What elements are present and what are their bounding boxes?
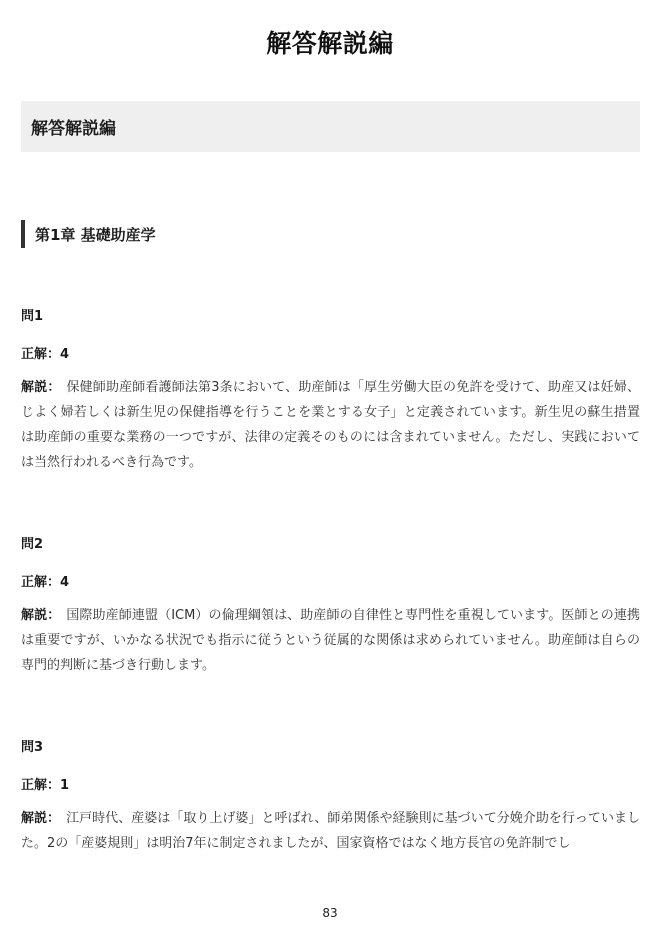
explanation-text: 保健師助産師看護師法第3条において、助産師は「厚生労働大臣の免許を受けて、助産又… bbox=[21, 380, 640, 470]
explanation-label: 解説： bbox=[21, 380, 60, 395]
question-label: 問1 bbox=[21, 307, 640, 327]
explanation: 解説：江戸時代、産婆は「取り上げ婆」と呼ばれ、師弟関係や経験則に基づいて分娩介助… bbox=[21, 806, 640, 856]
question-label: 問2 bbox=[21, 535, 640, 555]
correct-answer: 正解：4 bbox=[21, 573, 640, 593]
question-label: 問3 bbox=[21, 738, 640, 758]
explanation-text: 江戸時代、産婆は「取り上げ婆」と呼ばれ、師弟関係や経験則に基づいて分娩介助を行っ… bbox=[21, 811, 640, 851]
explanation: 解説：国際助産師連盟（ICM）の倫理綱領は、助産師の自律性と専門性を重視していま… bbox=[21, 603, 640, 678]
correct-answer: 正解：1 bbox=[21, 776, 640, 796]
explanation: 解説：保健師助産師看護師法第3条において、助産師は「厚生労働大臣の免許を受けて、… bbox=[21, 375, 640, 475]
page-number: 83 bbox=[0, 906, 660, 920]
explanation-label: 解説： bbox=[21, 608, 60, 623]
section-header-box: 解答解説編 bbox=[21, 101, 640, 152]
correct-answer: 正解：4 bbox=[21, 345, 640, 365]
section-title: 解答解説編 bbox=[31, 114, 116, 139]
chapter-heading: 第1章 基礎助産学 bbox=[21, 220, 156, 248]
question-block-1: 問1 正解：4 解説：保健師助産師看護師法第3条において、助産師は「厚生労働大臣… bbox=[21, 307, 640, 475]
page-title: 解答解説編 bbox=[0, 24, 660, 60]
explanation-label: 解説： bbox=[21, 811, 60, 826]
question-block-2: 問2 正解：4 解説：国際助産師連盟（ICM）の倫理綱領は、助産師の自律性と専門… bbox=[21, 535, 640, 678]
explanation-text: 国際助産師連盟（ICM）の倫理綱領は、助産師の自律性と専門性を重視しています。医… bbox=[21, 608, 640, 673]
question-block-3: 問3 正解：1 解説：江戸時代、産婆は「取り上げ婆」と呼ばれ、師弟関係や経験則に… bbox=[21, 738, 640, 856]
